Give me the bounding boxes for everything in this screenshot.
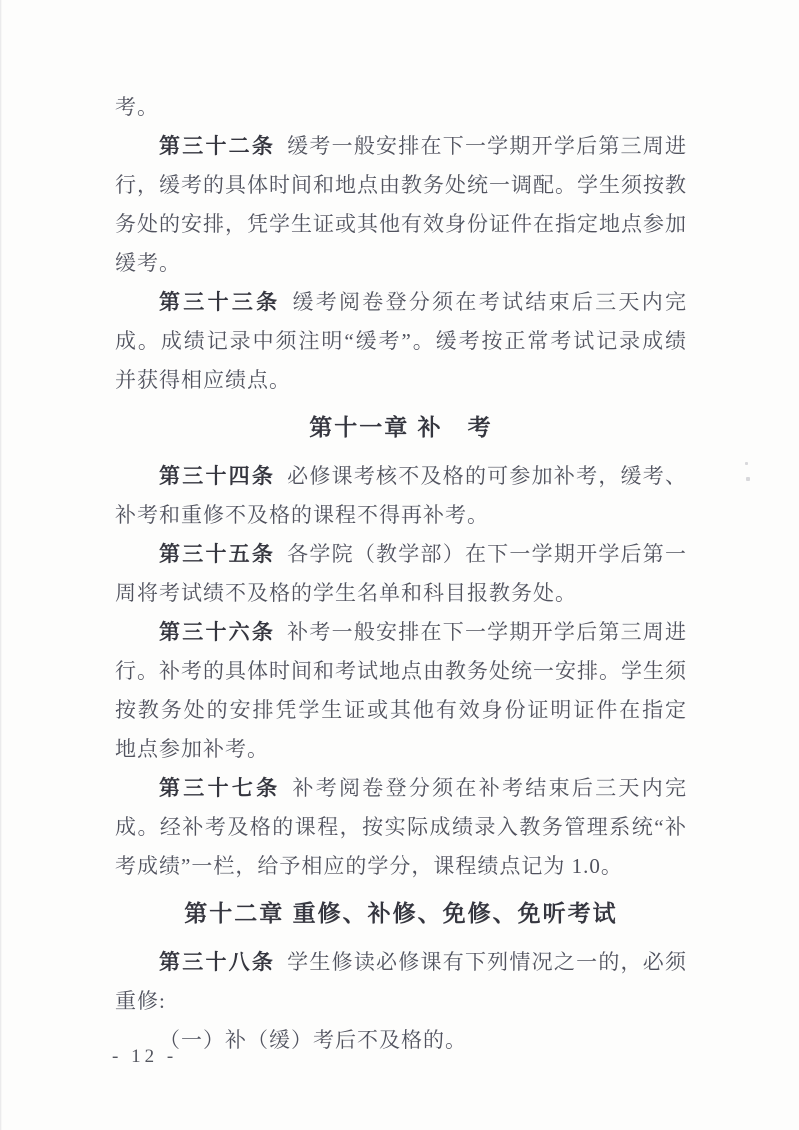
list-item-1: （一）补（缓）考后不及格的。 [115,1021,687,1060]
article-34-text: 必修课考核不及格的可参加补考，缓考、 [287,464,687,488]
scan-artifact [745,462,748,465]
article-38-number: 第三十八条 [159,951,275,974]
article-33-text: 缓考阅卷登分须在考试结束后三天内完 [292,290,687,314]
scan-edge-shadow [0,0,2,1130]
article-35-line: 周将考试绩不及格的学生名单和科目报教务处。 [115,574,687,613]
article-32-line: 缓考。 [115,244,687,283]
article-34-line: 第三十四条必修课考核不及格的可参加补考，缓考、 [115,457,687,496]
article-37-line: 第三十七条补考阅卷登分须在补考结束后三天内完 [115,769,687,808]
article-34-line: 补考和重修不及格的课程不得再补考。 [115,496,687,535]
article-35-line: 第三十五条各学院（教学部）在下一学期开学后第一 [115,535,687,574]
paragraph-carryover-line: 考。 [115,88,687,127]
article-38-text: 学生修读必修课有下列情况之一的，必须 [287,950,687,974]
article-32-line: 第三十二条缓考一般安排在下一学期开学后第三周进 [115,127,687,166]
article-33-number: 第三十三条 [159,291,280,314]
article-36-line: 地点参加补考。 [115,730,687,769]
article-38-line: 重修: [115,982,687,1021]
page-number: - 12 - [112,1046,177,1068]
article-36-line: 按教务处的安排凭学生证或其他有效身份证明证件在指定 [115,691,687,730]
document-page: 考。 第三十二条缓考一般安排在下一学期开学后第三周进 行，缓考的具体时间和地点由… [0,0,799,1130]
article-33-line: 成。成绩记录中须注明“缓考”。缓考按正常考试记录成绩 [115,322,687,361]
article-33-line: 第三十三条缓考阅卷登分须在考试结束后三天内完 [115,283,687,322]
article-32-line: 务处的安排，凭学生证或其他有效身份证件在指定地点参加 [115,205,687,244]
article-37-line: 考成绩”一栏，给予相应的学分，课程绩点记为 1.0。 [115,847,687,886]
article-36-text: 补考一般安排在下一学期开学后第三周进 [287,620,687,644]
chapter-12-heading: 第十二章 重修、补修、免修、免听考试 [115,894,687,933]
article-37-text: 补考阅卷登分须在补考结束后三天内完 [292,776,687,800]
article-36-number: 第三十六条 [159,621,275,644]
scan-artifact [746,477,750,481]
article-37-number: 第三十七条 [159,777,280,800]
document-body: 考。 第三十二条缓考一般安排在下一学期开学后第三周进 行，缓考的具体时间和地点由… [115,88,687,1060]
article-34-number: 第三十四条 [159,465,275,488]
article-35-number: 第三十五条 [159,543,275,566]
article-38-line: 第三十八条学生修读必修课有下列情况之一的，必须 [115,943,687,982]
article-32-text: 缓考一般安排在下一学期开学后第三周进 [287,134,687,158]
article-32-number: 第三十二条 [159,135,275,158]
chapter-11-heading: 第十一章 补 考 [115,408,687,447]
article-33-line: 并获得相应绩点。 [115,361,687,400]
article-35-text: 各学院（教学部）在下一学期开学后第一 [287,542,687,566]
article-36-line: 第三十六条补考一般安排在下一学期开学后第三周进 [115,613,687,652]
article-37-line: 成。经补考及格的课程，按实际成绩录入教务管理系统“补 [115,808,687,847]
article-32-line: 行，缓考的具体时间和地点由教务处统一调配。学生须按教 [115,166,687,205]
article-36-line: 行。补考的具体时间和考试地点由教务处统一安排。学生须 [115,652,687,691]
